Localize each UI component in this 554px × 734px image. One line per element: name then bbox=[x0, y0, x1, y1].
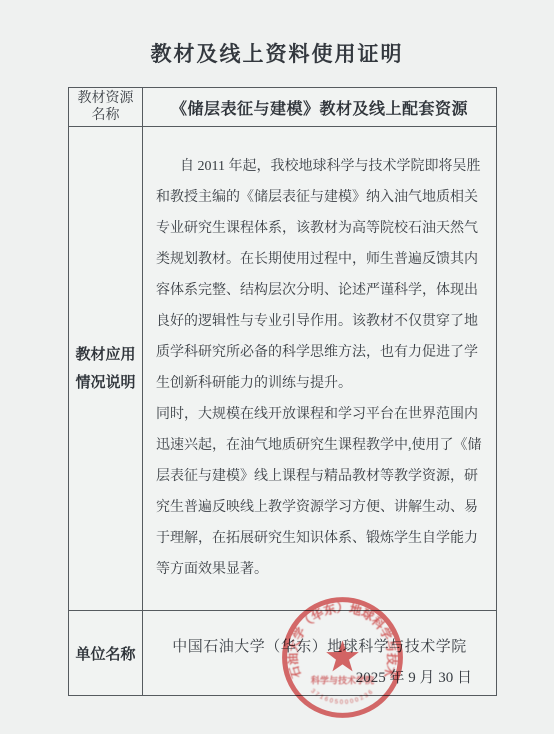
table-row-organization: 单位名称 中国石油大学（华东）地球科学与技术学院 2025 年 9 月 30 日 bbox=[69, 610, 496, 695]
organization-cell: 中国石油大学（华东）地球科学与技术学院 2025 年 9 月 30 日 bbox=[143, 611, 496, 695]
certificate-page: 教材及线上资料使用证明 教材资源 名称 《储层表征与建模》教材及线上配套资源 教… bbox=[0, 0, 554, 734]
application-statement-cell: 自 2011 年起，我校地球科学与技术学院即将吴胜 和教授主编的《储层表征与建模… bbox=[143, 127, 496, 610]
table-row-resource-name: 教材资源 名称 《储层表征与建模》教材及线上配套资源 bbox=[69, 88, 496, 126]
application-statement-text: 自 2011 年起，我校地球科学与技术学院即将吴胜 和教授主编的《储层表征与建模… bbox=[143, 127, 496, 585]
application-statement-header: 教材应用 情况说明 bbox=[69, 127, 143, 610]
resource-name-header: 教材资源 名称 bbox=[69, 88, 143, 126]
table-row-application-statement: 教材应用 情况说明 自 2011 年起，我校地球科学与技术学院即将吴胜 和教授主… bbox=[69, 126, 496, 610]
organization-header: 单位名称 bbox=[69, 611, 143, 695]
resource-name-value: 《储层表征与建模》教材及线上配套资源 bbox=[143, 88, 496, 126]
organization-name: 中国石油大学（华东）地球科学与技术学院 bbox=[143, 635, 496, 656]
page-title: 教材及线上资料使用证明 bbox=[0, 38, 554, 68]
certificate-table: 教材资源 名称 《储层表征与建模》教材及线上配套资源 教材应用 情况说明 自 2… bbox=[68, 87, 497, 696]
certificate-date: 2025 年 9 月 30 日 bbox=[356, 666, 472, 687]
